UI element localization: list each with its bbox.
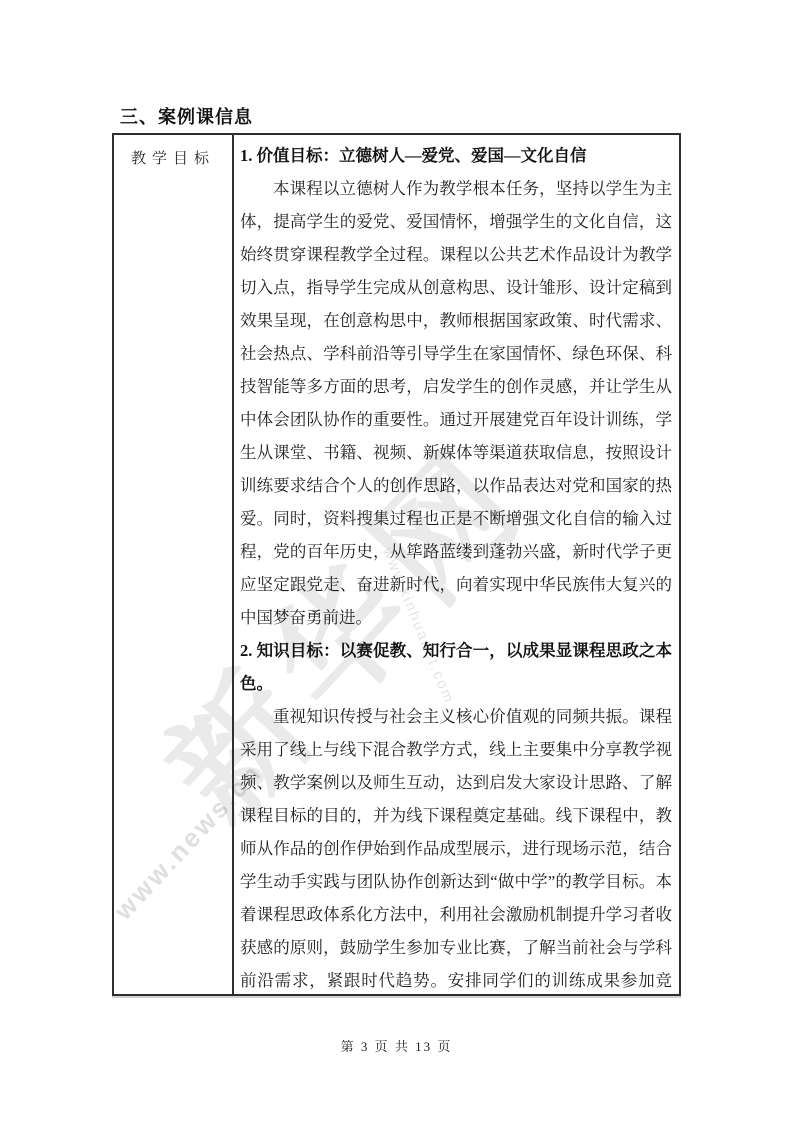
table-cell-content: 1. 价值目标：立德树人—爱党、爱国—文化自信 本课程以立德树人作为教学根本任务… <box>234 135 679 994</box>
row-label-teaching-objectives: 教学目标 <box>131 151 215 167</box>
objective-2-heading: 2. 知识目标：以赛促教、知行合一，以成果显课程思政之本色。 <box>240 634 672 700</box>
case-course-info-table: 教学目标 1. 价值目标：立德树人—爱党、爱国—文化自信 本课程以立德树人作为教… <box>112 133 681 996</box>
section-heading: 三、案例课信息 <box>120 103 253 129</box>
document-page: 新华网 www.news.cn www.xinhuanet.com 三、案例课信… <box>0 0 793 1122</box>
objective-1-body: 本课程以立德树人作为教学根本任务，坚持以学生为主体，提高学生的爱党、爱国情怀，增… <box>240 172 672 634</box>
table-cell-row-label: 教学目标 <box>114 135 234 994</box>
page-number-footer: 第 3 页 共 13 页 <box>0 1036 793 1055</box>
objective-2-body: 重视知识传授与社会主义核心价值观的同频共振。课程采用了线上与线下混合教学方式，线… <box>240 700 672 994</box>
objective-1-heading: 1. 价值目标：立德树人—爱党、爱国—文化自信 <box>240 139 672 172</box>
